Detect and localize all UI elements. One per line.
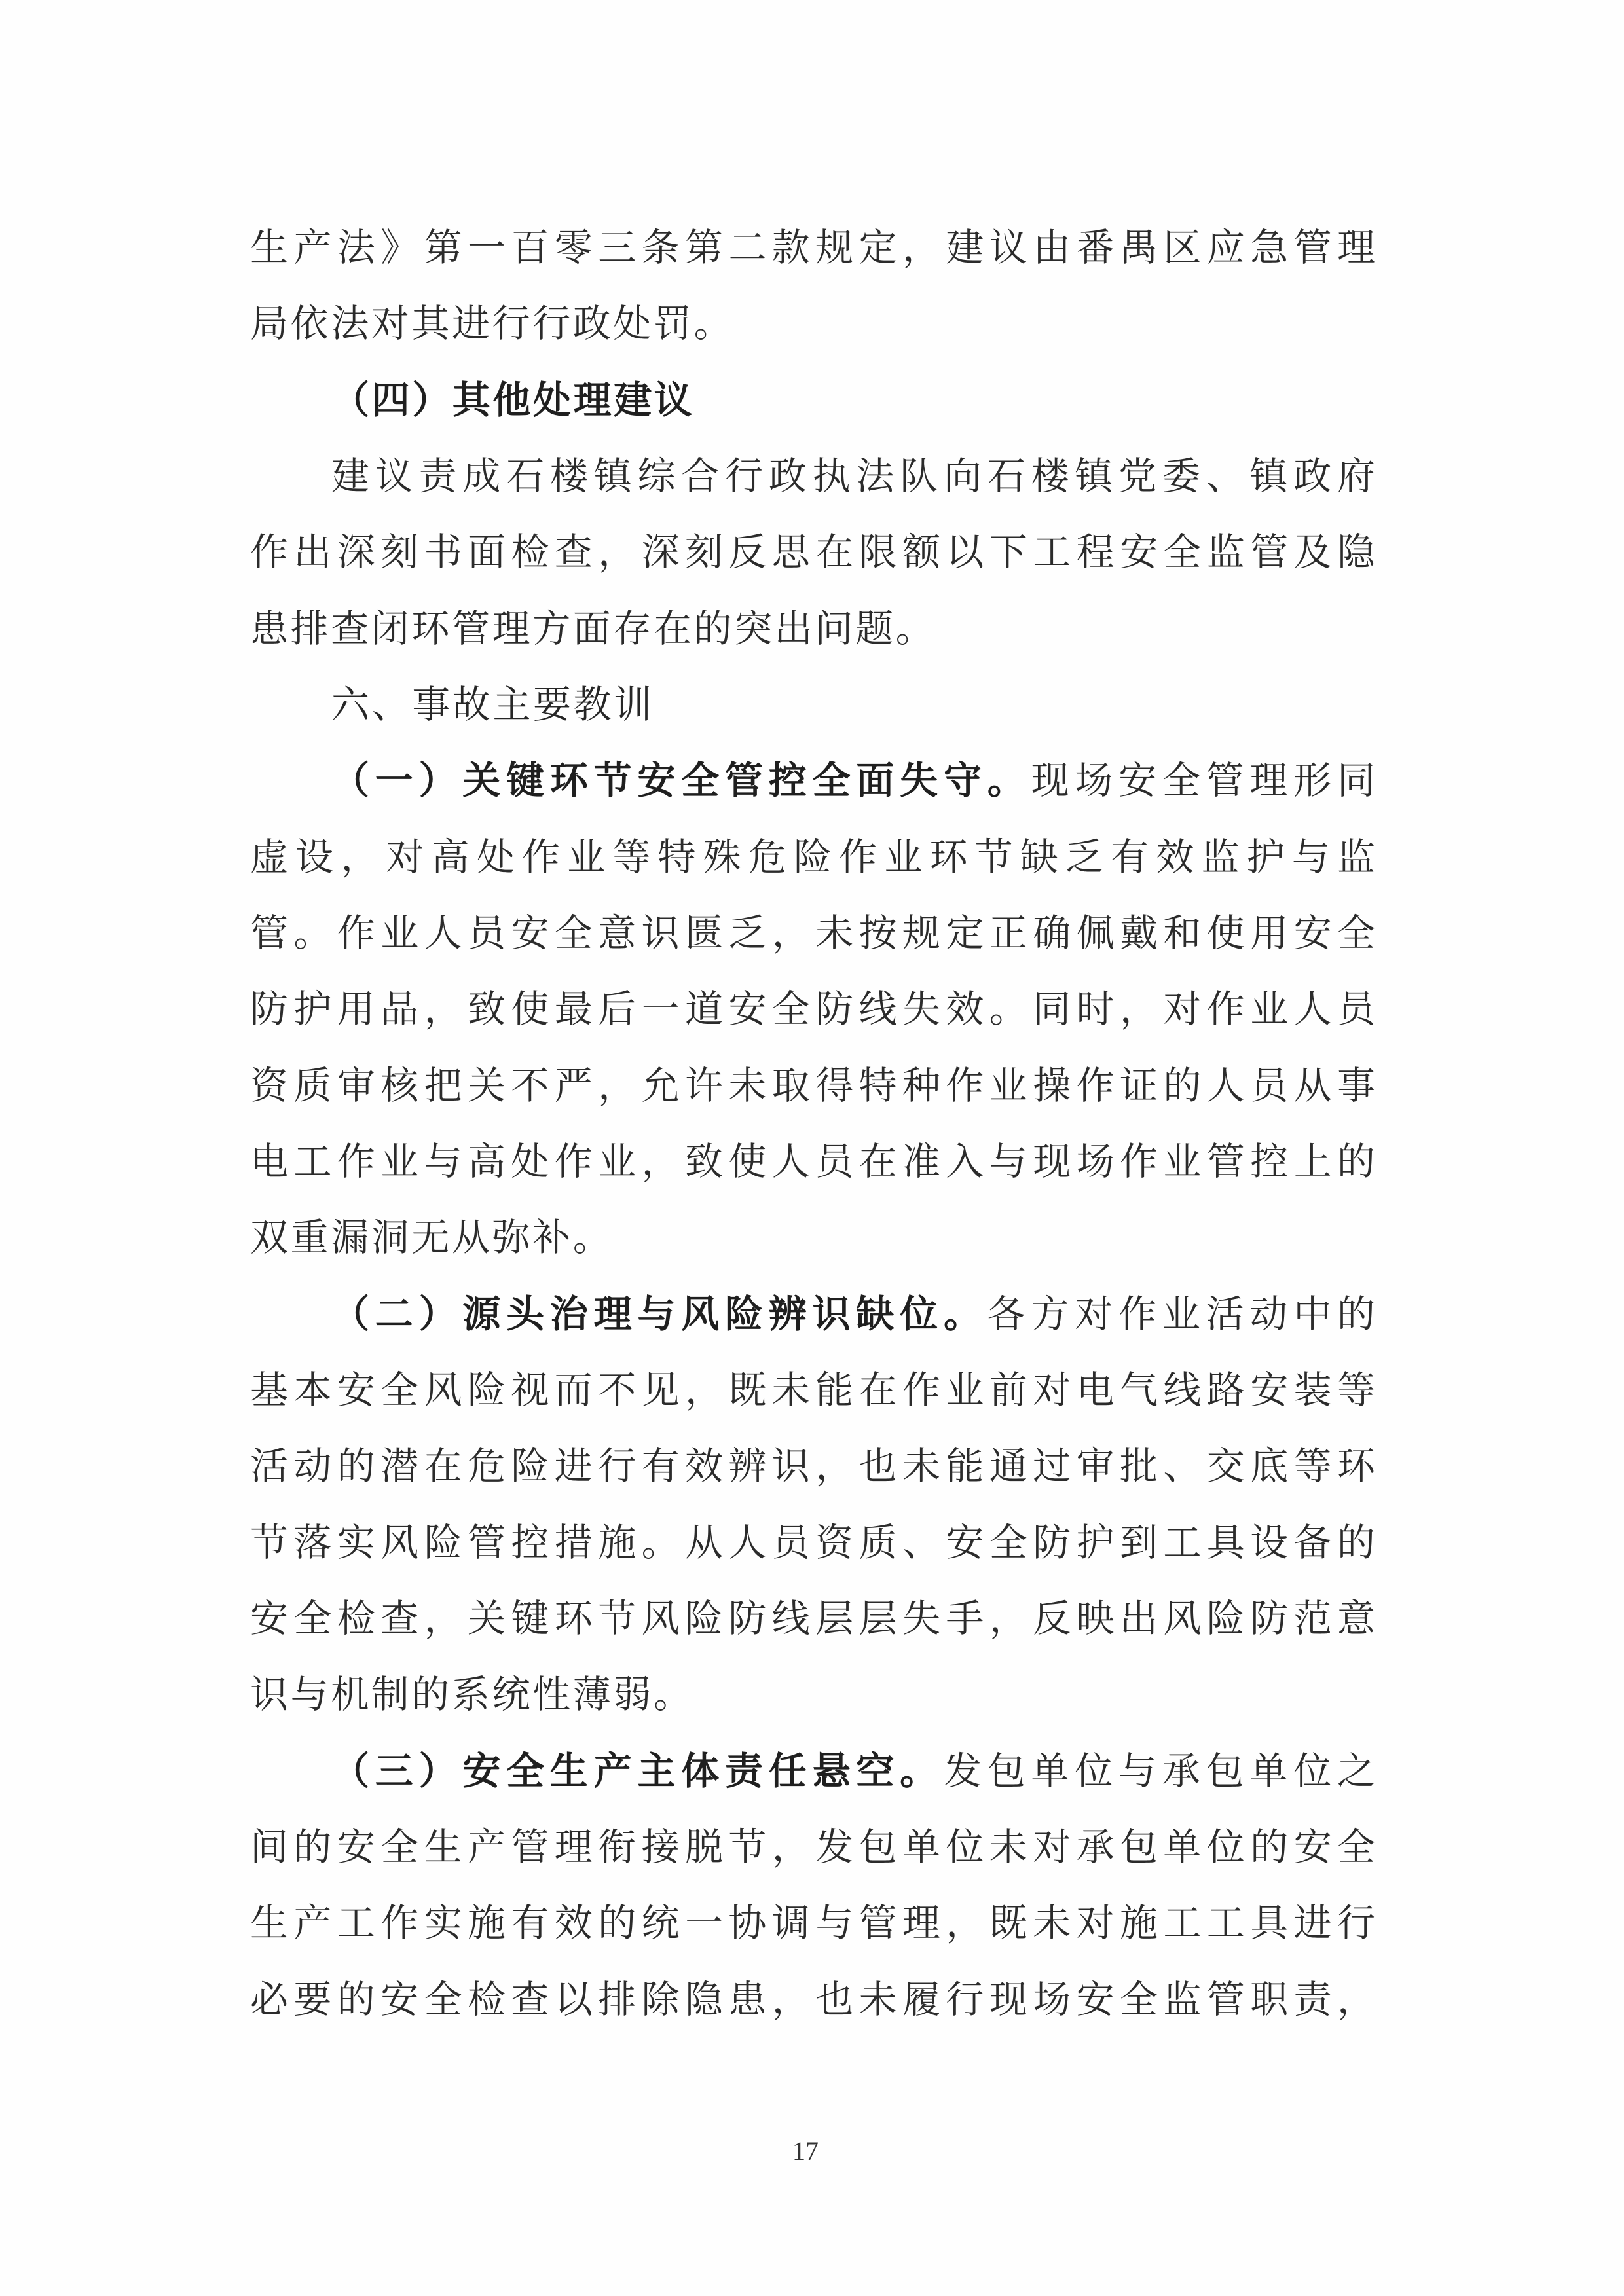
lesson-2-text: 各方对作业活动中的 (987, 1292, 1375, 1336)
body-text-line: 生产法》第一百零三条第二款规定，建议由番禺区应急管理 (250, 221, 1375, 274)
body-text-line: 间的安全生产管理衔接脱节，发包单位未对承包单位的安全 (250, 1821, 1375, 1873)
body-text-line: 防护用品，致使最后一道安全防线失效。同时，对作业人员 (250, 983, 1375, 1035)
body-text-line: 患排查闭环管理方面存在的突出问题。 (250, 602, 1375, 655)
body-text-line: 安全检查，关键环节风险防线层层失手，反映出风险防范意 (250, 1592, 1375, 1645)
body-text-line: 生产工作实施有效的统一协调与管理，既未对施工工具进行 (250, 1897, 1375, 1949)
chapter-heading-main-lessons: 六、事故主要教训 (331, 678, 1375, 731)
body-text-line: 节落实风险管控措施。从人员资质、安全防护到工具设备的 (250, 1516, 1375, 1569)
lesson-2-title: （二）源头治理与风险辨识缺位。 (331, 1292, 987, 1336)
body-text-line: 局依法对其进行行政处罚。 (250, 297, 1375, 350)
body-text-line: 必要的安全检查以排除隐患，也未履行现场安全监管职责， (250, 1973, 1375, 2026)
page-number: 17 (773, 2136, 838, 2166)
body-text-line: 基本安全风险视而不见，既未能在作业前对电气线路安装等 (250, 1364, 1375, 1416)
body-text-line: 管。作业人员安全意识匮乏，未按规定正确佩戴和使用安全 (250, 907, 1375, 959)
lesson-paragraph-3-first-line: （三）安全生产主体责任悬空。发包单位与承包单位之 (331, 1745, 1375, 1797)
body-text-line: 识与机制的系统性薄弱。 (250, 1668, 1375, 1721)
lesson-1-text: 现场安全管理形同 (1031, 758, 1375, 803)
section-heading-other-suggestions: （四）其他处理建议 (331, 374, 1375, 426)
lesson-3-text: 发包单位与承包单位之 (944, 1749, 1375, 1793)
body-text-line: 虚设，对高处作业等特殊危险作业环节缺乏有效监护与监 (250, 831, 1375, 883)
body-text-line: 双重漏洞无从弥补。 (250, 1211, 1375, 1264)
lesson-3-title: （三）安全生产主体责任悬空。 (331, 1749, 944, 1793)
body-text-line: 活动的潜在危险进行有效辨识，也未能通过审批、交底等环 (250, 1440, 1375, 1492)
body-text-line: 建议责成石楼镇综合行政执法队向石楼镇党委、镇政府 (331, 450, 1375, 502)
lesson-paragraph-2-first-line: （二）源头治理与风险辨识缺位。各方对作业活动中的 (331, 1288, 1375, 1340)
body-text-line: 电工作业与高处作业，致使人员在准入与现场作业管控上的 (250, 1135, 1375, 1188)
body-text-line: 资质审核把关不严，允许未取得特种作业操作证的人员从事 (250, 1059, 1375, 1112)
lesson-1-title: （一）关键环节安全管控全面失守。 (331, 758, 1031, 803)
lesson-paragraph-1-first-line: （一）关键环节安全管控全面失守。现场安全管理形同 (331, 754, 1375, 807)
body-text-line: 作出深刻书面检查，深刻反思在限额以下工程安全监管及隐 (250, 526, 1375, 578)
document-page: 生产法》第一百零三条第二款规定，建议由番禺区应急管理 局依法对其进行行政处罚。 … (0, 0, 1624, 2296)
